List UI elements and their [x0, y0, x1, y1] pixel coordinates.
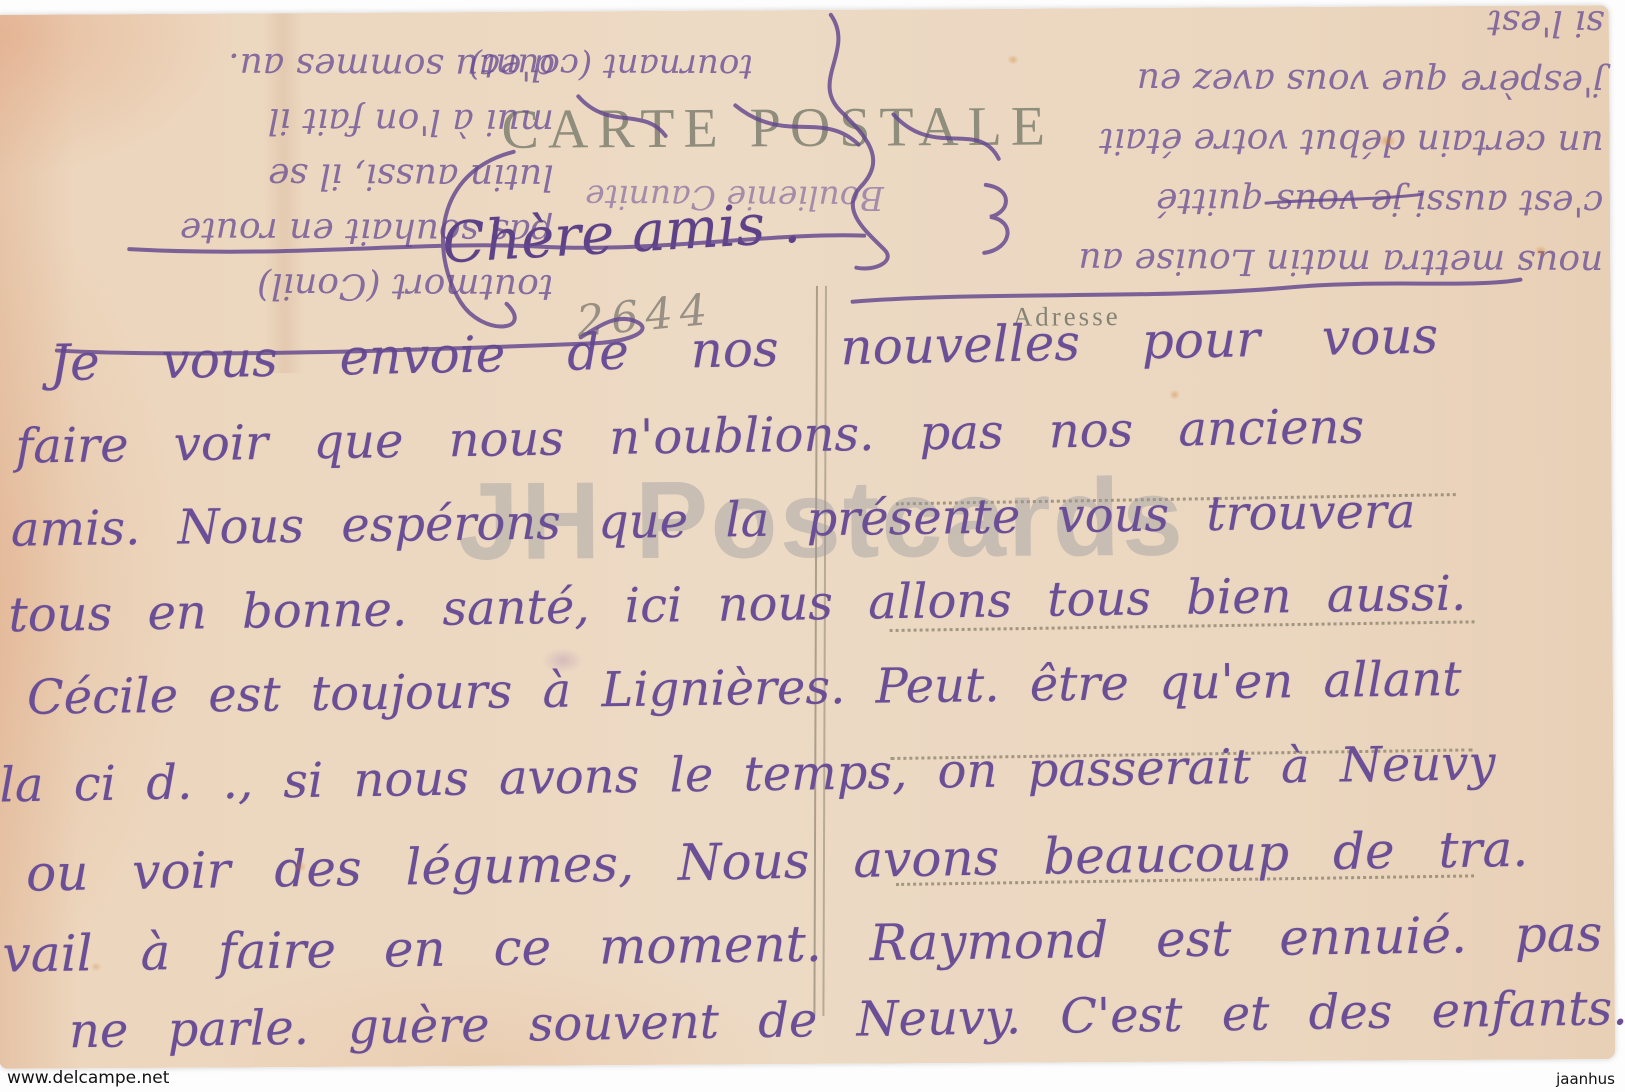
stain — [1169, 390, 1180, 400]
postcard-scan: CARTE POSTALE Adresse 2644 JH Postcards … — [0, 0, 1625, 1092]
stain — [294, 861, 307, 872]
ink-flourishes — [0, 5, 1615, 1069]
stain — [542, 647, 584, 673]
stain — [1007, 55, 1019, 65]
stain — [91, 962, 102, 971]
footer-seller-credit: jaanhus — [1556, 1070, 1615, 1088]
footer-site-url: www.delcampe.net — [7, 1068, 169, 1088]
stain — [1379, 134, 1397, 147]
postcard: CARTE POSTALE Adresse 2644 JH Postcards … — [0, 5, 1615, 1069]
stain — [1534, 245, 1547, 256]
